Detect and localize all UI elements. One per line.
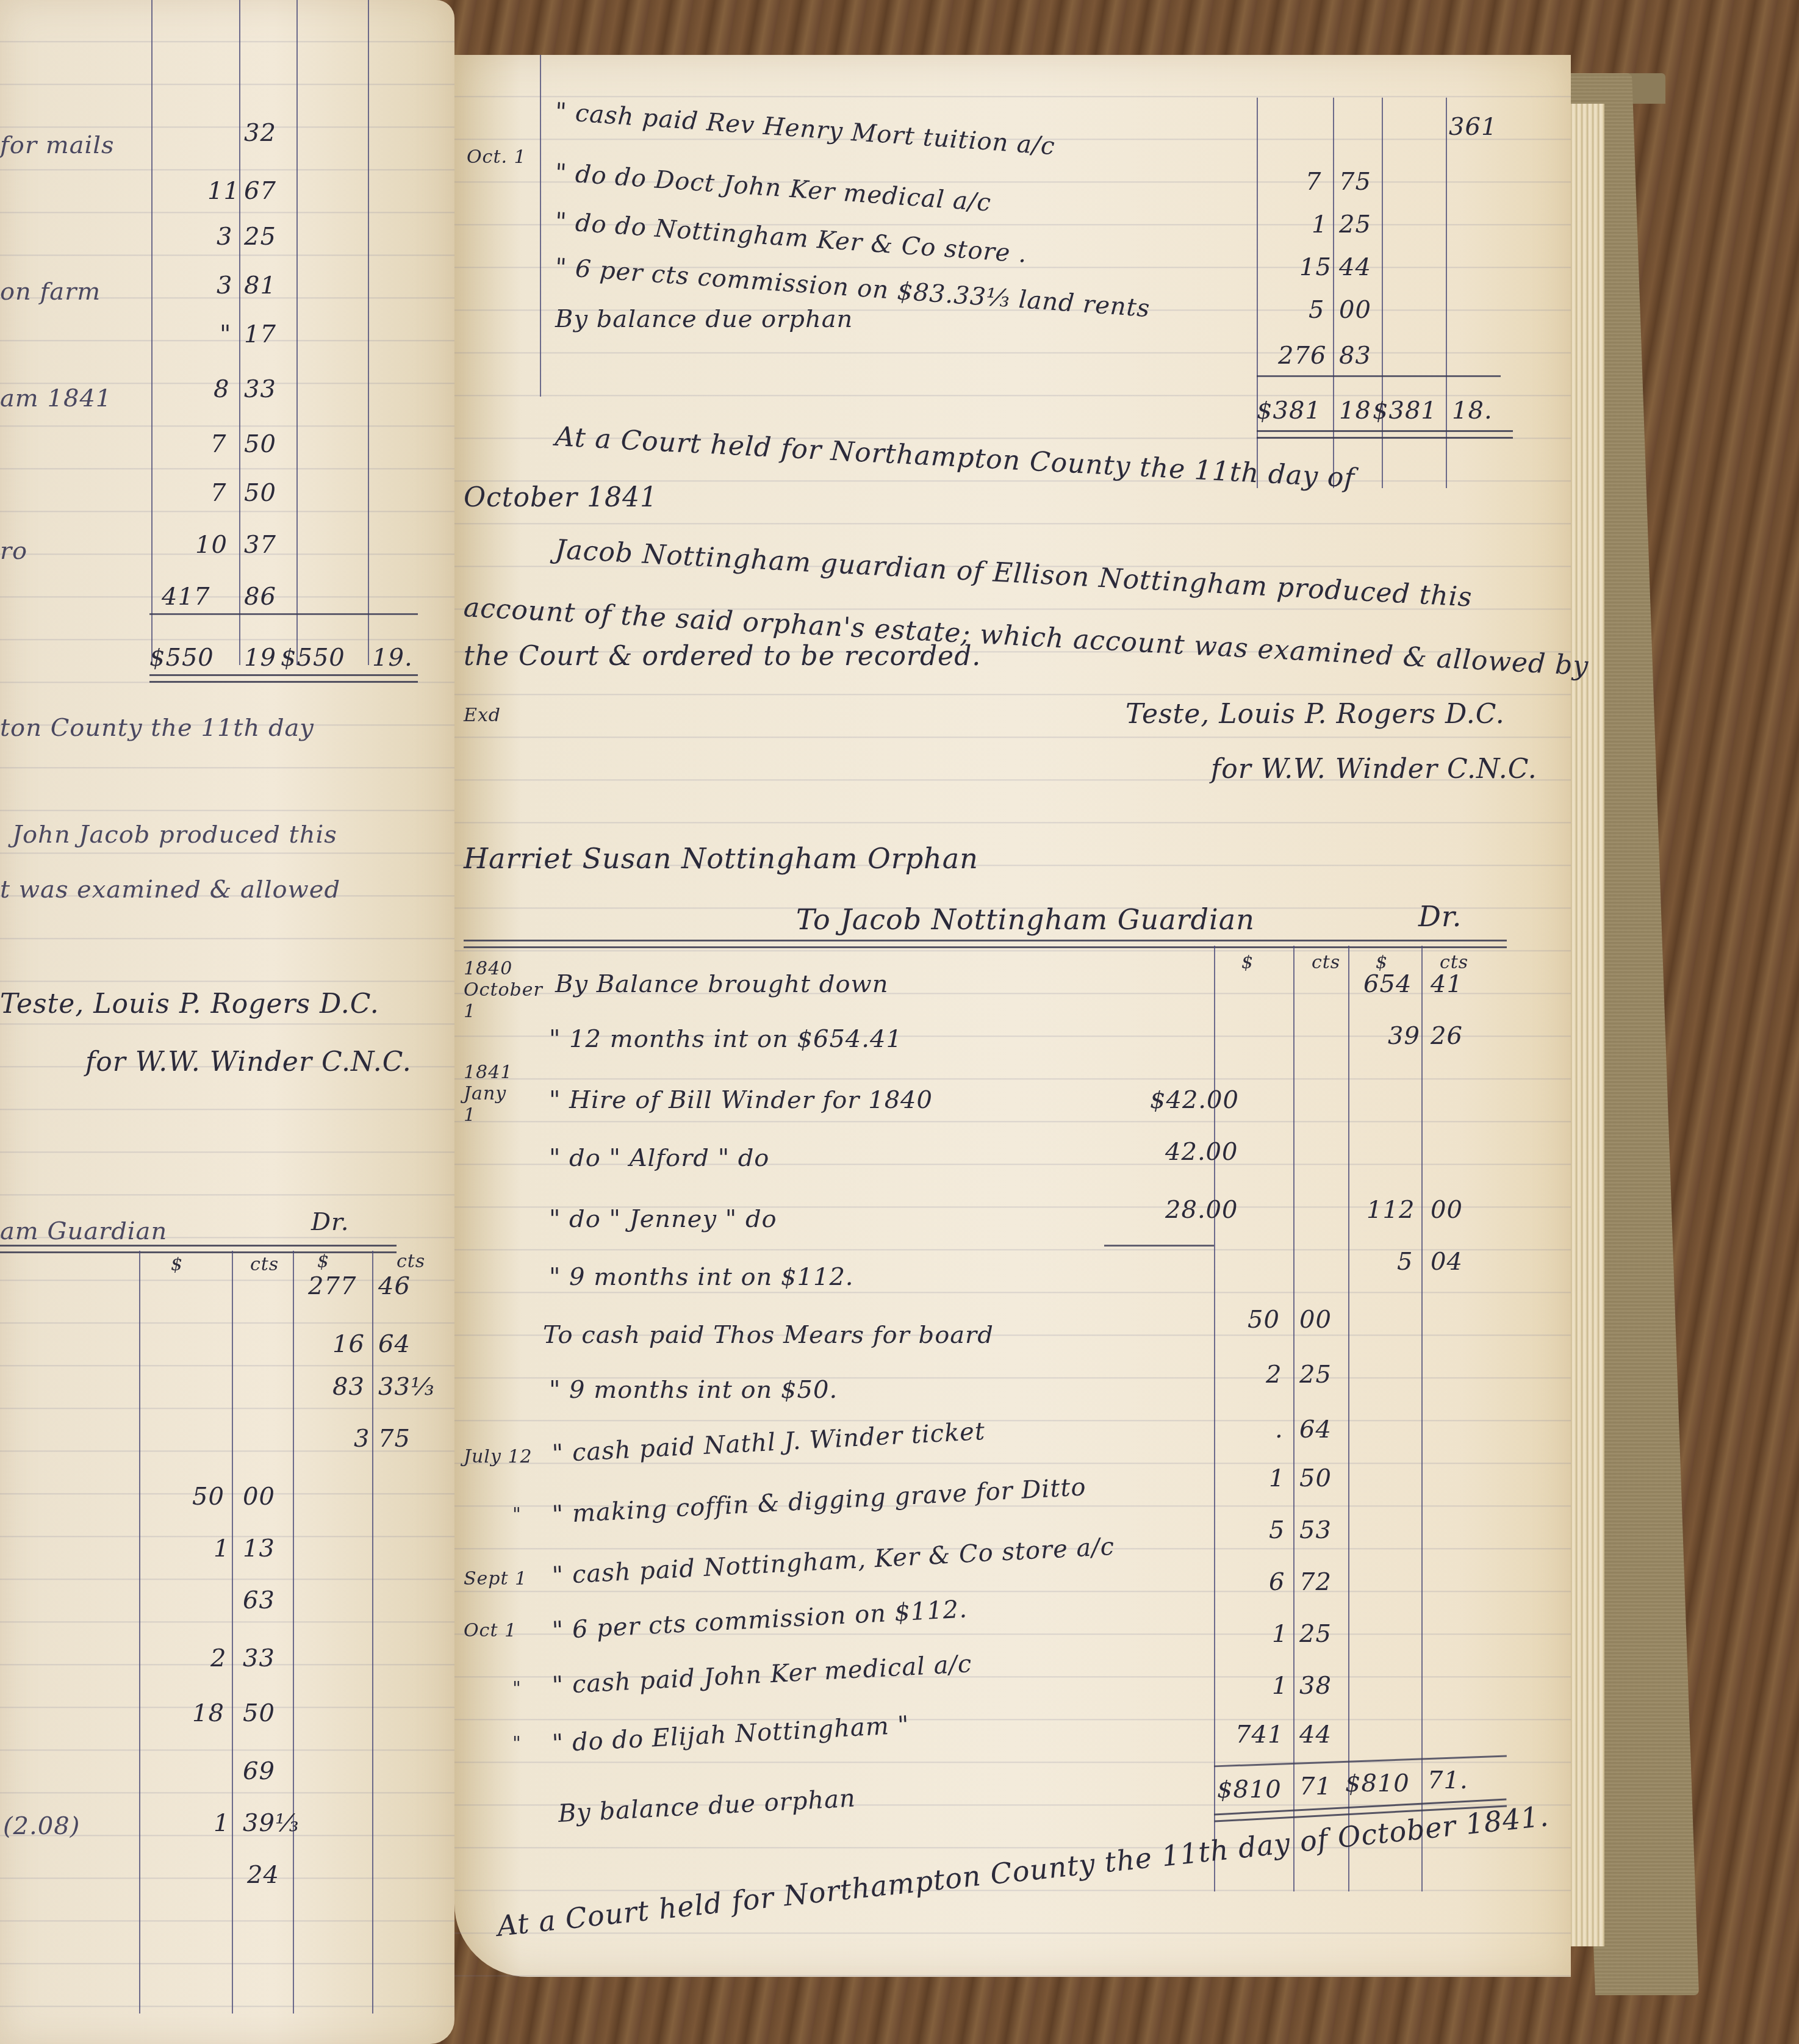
court-record-date: October 1841 <box>464 482 658 513</box>
total-cents: 71 <box>1299 1772 1332 1801</box>
cents: 37 <box>244 531 276 559</box>
dollars: 1 <box>1272 1672 1288 1700</box>
dr-label: Dr. <box>311 1208 350 1236</box>
column-rule <box>1382 98 1383 488</box>
total-rule <box>1257 375 1501 377</box>
attestation-signature: for W.W. Winder C.N.C. <box>85 1046 412 1078</box>
cents: 25 <box>1299 1361 1332 1389</box>
total-dollars: $550 <box>281 644 345 672</box>
double-underline <box>1257 430 1513 439</box>
account-header-rule <box>0 1245 397 1253</box>
subtotal-rule <box>1104 1245 1214 1247</box>
cents: 04 <box>1431 1248 1463 1276</box>
dollars: 1 <box>1269 1464 1285 1492</box>
cents: 63 <box>243 1586 275 1614</box>
column-rule <box>296 0 298 665</box>
dollars: 18 <box>192 1699 224 1727</box>
total-cents: 18 <box>1339 397 1371 425</box>
cents: 00 <box>1339 296 1371 324</box>
dollars: 1 <box>1312 211 1327 239</box>
cents: 17 <box>244 320 276 348</box>
total-dollars: $381 <box>1257 397 1321 425</box>
dollars: 277 <box>308 1272 356 1300</box>
cents: 50 <box>244 479 276 507</box>
dollars: 15 <box>1299 253 1332 281</box>
dollars: 3 <box>354 1425 370 1453</box>
cents: 00 <box>1299 1306 1332 1334</box>
cents: 50 <box>244 430 276 458</box>
dollars: 7 <box>210 479 226 507</box>
row-date: " <box>512 1678 522 1699</box>
cents: 83 <box>1339 342 1371 370</box>
column-rule <box>1333 98 1334 488</box>
row-text: " 9 months int on $50. <box>549 1376 838 1404</box>
dollars: 16 <box>332 1330 365 1358</box>
row-text: By balance due orphan <box>555 305 853 333</box>
cents: 13 <box>243 1535 275 1563</box>
dollars: . <box>1275 1416 1284 1444</box>
row-date: Oct. 1 <box>467 146 526 168</box>
cents: 72 <box>1299 1568 1332 1596</box>
total-dollars: $810 <box>1217 1776 1282 1804</box>
account-header-rule <box>464 940 1507 948</box>
total-dollars: $550 <box>149 644 214 672</box>
cents: 50 <box>243 1699 275 1727</box>
dollars: 361 <box>1449 113 1497 141</box>
column-rule <box>1348 946 1349 1891</box>
dollars: 1 <box>214 1535 229 1563</box>
dollars: 8 <box>214 375 229 403</box>
margin-note: Exd <box>464 705 501 726</box>
row-text: am 1841 <box>0 384 112 412</box>
col-header-cents: cts <box>1312 952 1340 973</box>
dr-label: Dr. <box>1418 900 1462 933</box>
cents: 25 <box>1299 1620 1332 1648</box>
row-text: for mails <box>0 131 115 159</box>
row-text: (2.08) <box>3 1812 80 1840</box>
dollars: 112 <box>1366 1196 1415 1224</box>
cents: 33 <box>243 1644 275 1672</box>
total-rule <box>149 613 418 615</box>
col-header-cents: cts <box>250 1254 279 1275</box>
dollars: 1 <box>214 1809 229 1837</box>
cents: 81 <box>244 272 276 300</box>
dollars: 1 <box>1272 1620 1288 1648</box>
dollars: 5 <box>1397 1248 1413 1276</box>
dollars: 39 <box>1388 1022 1420 1050</box>
attestation-signature: for W.W. Winder C.N.C. <box>1211 754 1537 785</box>
cents: 32 <box>244 119 276 147</box>
dollars: 7 <box>1305 168 1321 196</box>
dollars: 276 <box>1278 342 1326 370</box>
dollars: 5 <box>1269 1516 1285 1544</box>
row-date: July 12 <box>464 1446 533 1467</box>
court-text-fragment: ton County the 11th day <box>0 714 314 742</box>
cents: 25 <box>244 223 276 251</box>
dollars: 3 <box>217 272 232 300</box>
total-cents: 71. <box>1427 1766 1468 1794</box>
cents: 53 <box>1299 1516 1332 1544</box>
cents: 25 <box>1339 211 1371 239</box>
account-header-fragment: am Guardian <box>0 1217 167 1245</box>
left-page: for mails 32 11 67 3 25 on farm 3 81 " 1… <box>0 0 454 2044</box>
cents: 33 <box>244 375 276 403</box>
row-text: By Balance brought down <box>555 970 889 998</box>
row-date: " <box>512 1733 522 1754</box>
row-date: 1840 October 1 <box>464 958 531 1022</box>
cents: 00 <box>243 1483 275 1511</box>
cents: 33⅓ <box>378 1373 435 1401</box>
cents: 46 <box>378 1272 411 1300</box>
cents: 86 <box>244 583 276 611</box>
cents: 39⅓ <box>243 1809 300 1837</box>
column-rule <box>293 1251 294 2013</box>
total-dollars: $381 <box>1373 397 1437 425</box>
dollars: 417 <box>162 583 210 611</box>
row-text: " Hire of Bill Winder for 1840 <box>549 1086 933 1114</box>
dollars: 50 <box>1248 1306 1280 1334</box>
statement-fragment: John Jacob produced this <box>12 821 337 849</box>
court-record-paragraph: the Court & ordered to be recorded. <box>464 641 981 672</box>
total-cents: 18. <box>1452 397 1493 425</box>
column-rule <box>1421 946 1423 1891</box>
cents: 44 <box>1339 253 1371 281</box>
total-cents: 19 <box>244 644 276 672</box>
row-text: " do " Alford " do <box>549 1144 769 1172</box>
row-date: Oct 1 <box>464 1620 517 1641</box>
cents: 64 <box>378 1330 411 1358</box>
col-header-dollars: $ <box>1241 952 1254 973</box>
col-header-cents: cts <box>397 1251 425 1272</box>
ruled-lines <box>0 0 454 2044</box>
dollars: 50 <box>192 1483 224 1511</box>
row-text: To cash paid Thos Mears for board <box>543 1321 994 1349</box>
cents: 64 <box>1299 1416 1332 1444</box>
row-text: on farm <box>0 278 101 306</box>
cents: 24 <box>247 1861 279 1889</box>
column-rule <box>372 1251 373 2013</box>
cents: 67 <box>244 177 276 205</box>
dollars: 5 <box>1309 296 1324 324</box>
dollars: 2 <box>210 1644 226 1672</box>
dollars: 2 <box>1266 1361 1282 1389</box>
row-date: 1841 Jany 1 <box>464 1062 525 1126</box>
row-text: " do " Jenney " do <box>549 1205 777 1233</box>
inline-amount: 42.00 <box>1165 1138 1238 1166</box>
col-header-dollars: $ <box>317 1251 329 1272</box>
column-rule <box>1446 98 1447 488</box>
double-underline <box>149 674 418 683</box>
cents: 50 <box>1299 1464 1332 1492</box>
col-header-dollars: $ <box>171 1254 183 1275</box>
cents: 26 <box>1431 1022 1463 1050</box>
row-text: ro <box>0 537 27 565</box>
column-rule <box>232 1251 233 2013</box>
dollars: 6 <box>1269 1568 1285 1596</box>
column-rule <box>1257 98 1258 488</box>
dollars: 654 <box>1363 970 1412 998</box>
dollars: 83 <box>332 1373 365 1401</box>
dollars: 10 <box>195 531 228 559</box>
total-cents: 19. <box>372 644 413 672</box>
row-date: Sept 1 <box>464 1568 527 1589</box>
dollars: 741 <box>1235 1721 1284 1749</box>
cents: 41 <box>1431 970 1463 998</box>
account-title: Harriet Susan Nottingham Orphan <box>464 842 978 875</box>
right-page: Oct. 1 " cash paid Rev Henry Mort tuitio… <box>454 55 1571 1977</box>
column-rule <box>151 0 153 665</box>
inline-amount: $42.00 <box>1150 1086 1239 1114</box>
inline-amount: 28.00 <box>1165 1196 1238 1224</box>
cents: 44 <box>1299 1721 1332 1749</box>
row-text: " 9 months int on $112. <box>549 1263 854 1291</box>
column-rule <box>139 1251 140 2013</box>
cents: 38 <box>1299 1672 1332 1700</box>
cents: 75 <box>1339 168 1371 196</box>
column-rule <box>239 0 240 665</box>
statement-fragment: t was examined & allowed <box>0 876 340 904</box>
cents: 00 <box>1431 1196 1463 1224</box>
total-dollars: $810 <box>1345 1769 1410 1797</box>
account-subtitle: To Jacob Nottingham Guardian <box>796 903 1255 936</box>
row-text: " 12 months int on $654.41 <box>549 1025 902 1053</box>
dollars: 3 <box>217 223 232 251</box>
attestation-signature: Teste, Louis P. Rogers D.C. <box>0 988 379 1020</box>
column-rule <box>368 0 369 665</box>
dollars: " <box>220 320 231 348</box>
row-date: " <box>512 1504 522 1525</box>
cents: 75 <box>378 1425 411 1453</box>
column-rule <box>1293 946 1294 1891</box>
attestation-signature: Teste, Louis P. Rogers D.C. <box>1126 699 1505 730</box>
dollars: 7 <box>210 430 226 458</box>
dollars: 11 <box>207 177 240 205</box>
cents: 69 <box>243 1757 275 1785</box>
date-margin-rule <box>540 55 541 397</box>
